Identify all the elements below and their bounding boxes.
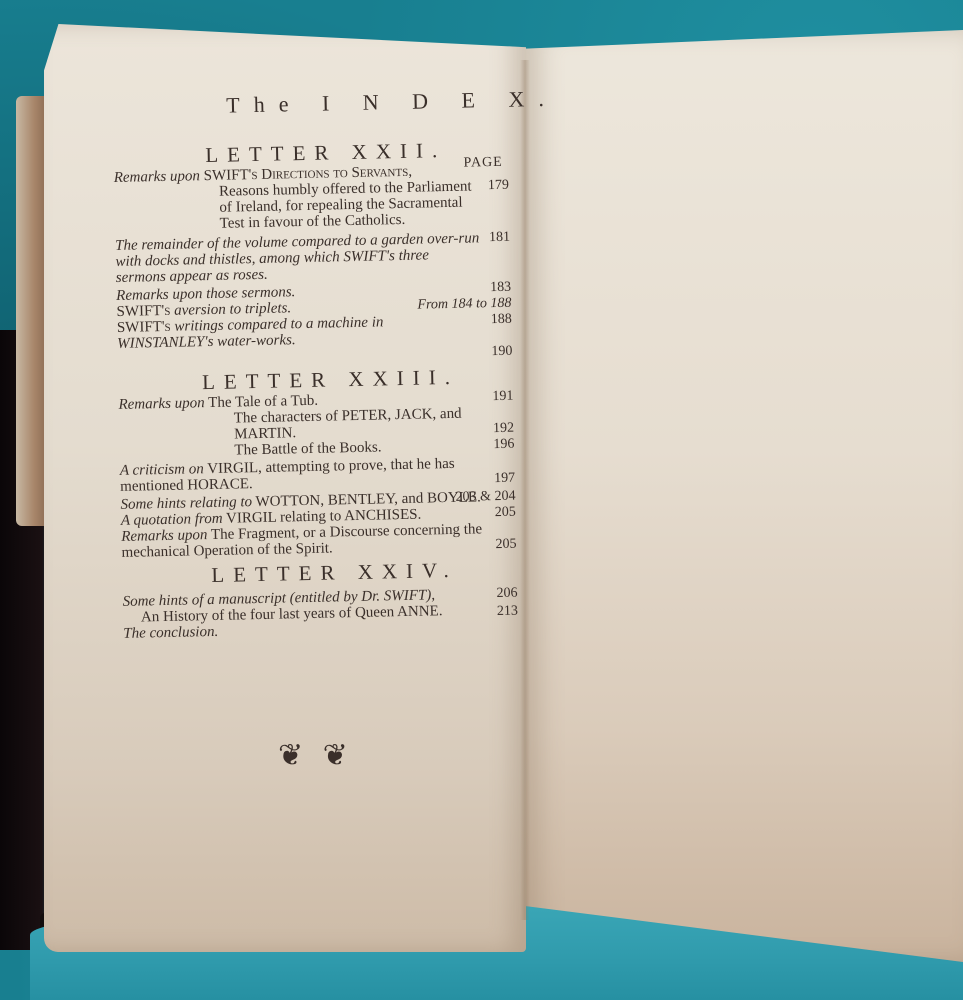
page-number: 206 — [496, 586, 517, 602]
page-number: 205 — [495, 505, 516, 521]
page-number: 213 — [497, 604, 518, 620]
book-gutter — [520, 60, 530, 920]
letter-heading: LETTER XXIV. — [152, 557, 517, 590]
printer-ornament-icon: ❦ ❦ — [278, 738, 354, 773]
index-entry: The remainder of the volume compared to … — [115, 230, 511, 286]
page-number: 196 — [493, 437, 514, 453]
page-number: 203 & 204 — [455, 489, 515, 506]
index-entry: A criticism on VIRGIL, attempting to pro… — [120, 455, 516, 495]
page-number: From 184 to 188 — [417, 296, 511, 314]
page-number: 190 — [491, 344, 512, 360]
page-number: 192 — [493, 421, 514, 437]
page-number: 188 — [491, 312, 512, 328]
page-number: 197 — [494, 471, 515, 487]
page-number: 183 — [490, 280, 511, 296]
page-number: 181 — [489, 230, 510, 246]
right-page-blank — [526, 30, 963, 962]
page-number: 179 — [488, 178, 509, 194]
page-number: 205 — [495, 537, 516, 553]
index-entry: Remarks upon The Fragment, or a Discours… — [121, 521, 517, 561]
index-text-block: The I N D E X. PAGE LETTER XXII. Remarks… — [112, 87, 518, 642]
page-number: 191 — [492, 389, 513, 405]
index-entry: Reasons humbly offered to the Parliament… — [114, 178, 510, 234]
